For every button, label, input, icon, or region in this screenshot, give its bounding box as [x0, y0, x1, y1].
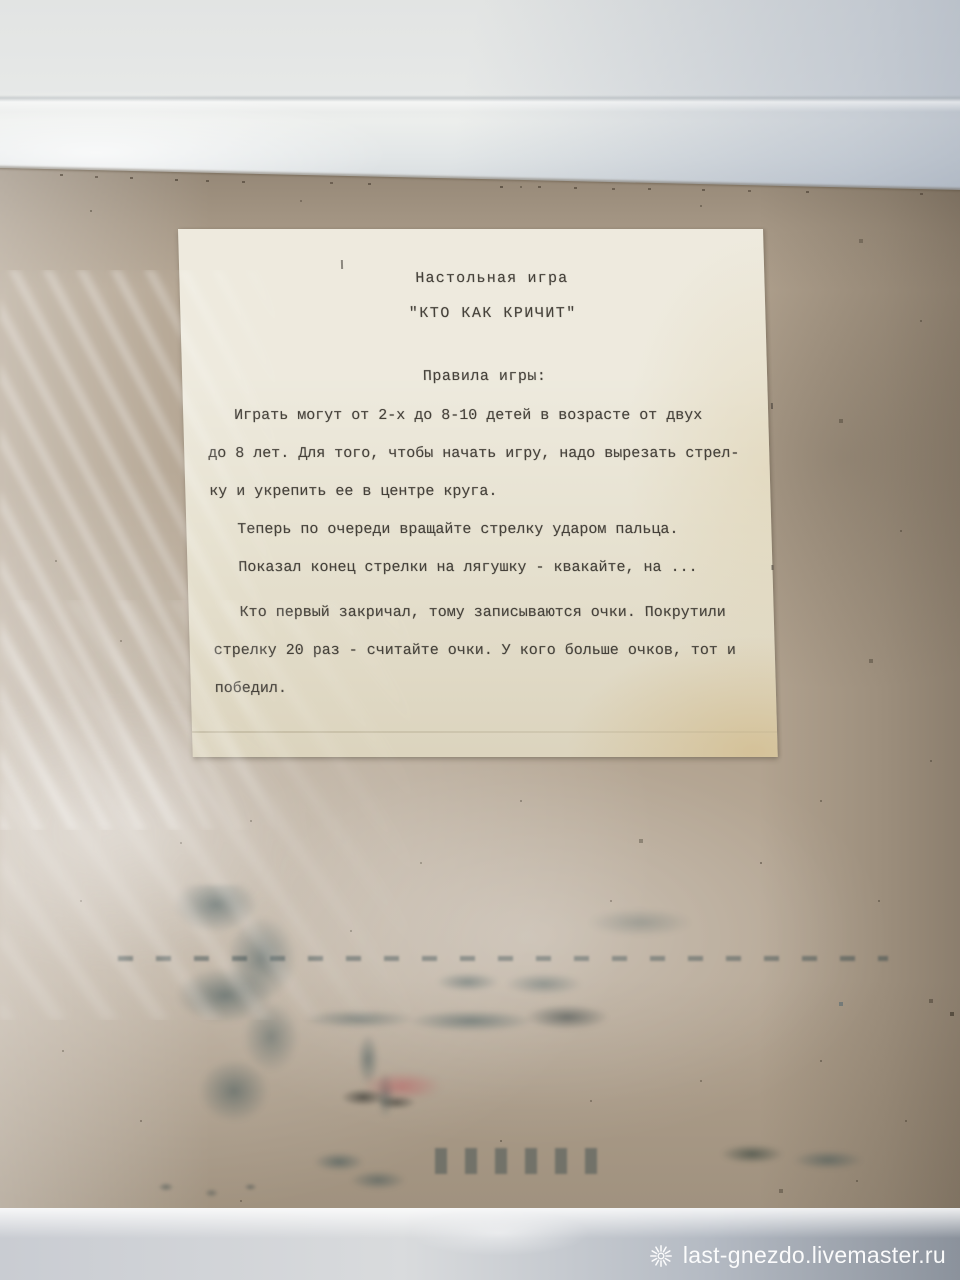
label-ink-mark [771, 403, 773, 409]
label-ink-mark [771, 565, 773, 570]
snowflake-star-icon [648, 1243, 674, 1269]
plastic-sheen [200, 700, 960, 1220]
table-surface-top [0, 0, 960, 196]
label-ink-mark [341, 260, 343, 269]
cardboard-edge-specks [0, 0, 3, 2]
watermark: last-gnezdo.livemaster.ru [648, 1242, 946, 1269]
photo-game-back: Настольная игра "КТО КАК КРИЧИТ" Правила… [0, 0, 960, 1280]
watermark-text: last-gnezdo.livemaster.ru [683, 1242, 946, 1269]
